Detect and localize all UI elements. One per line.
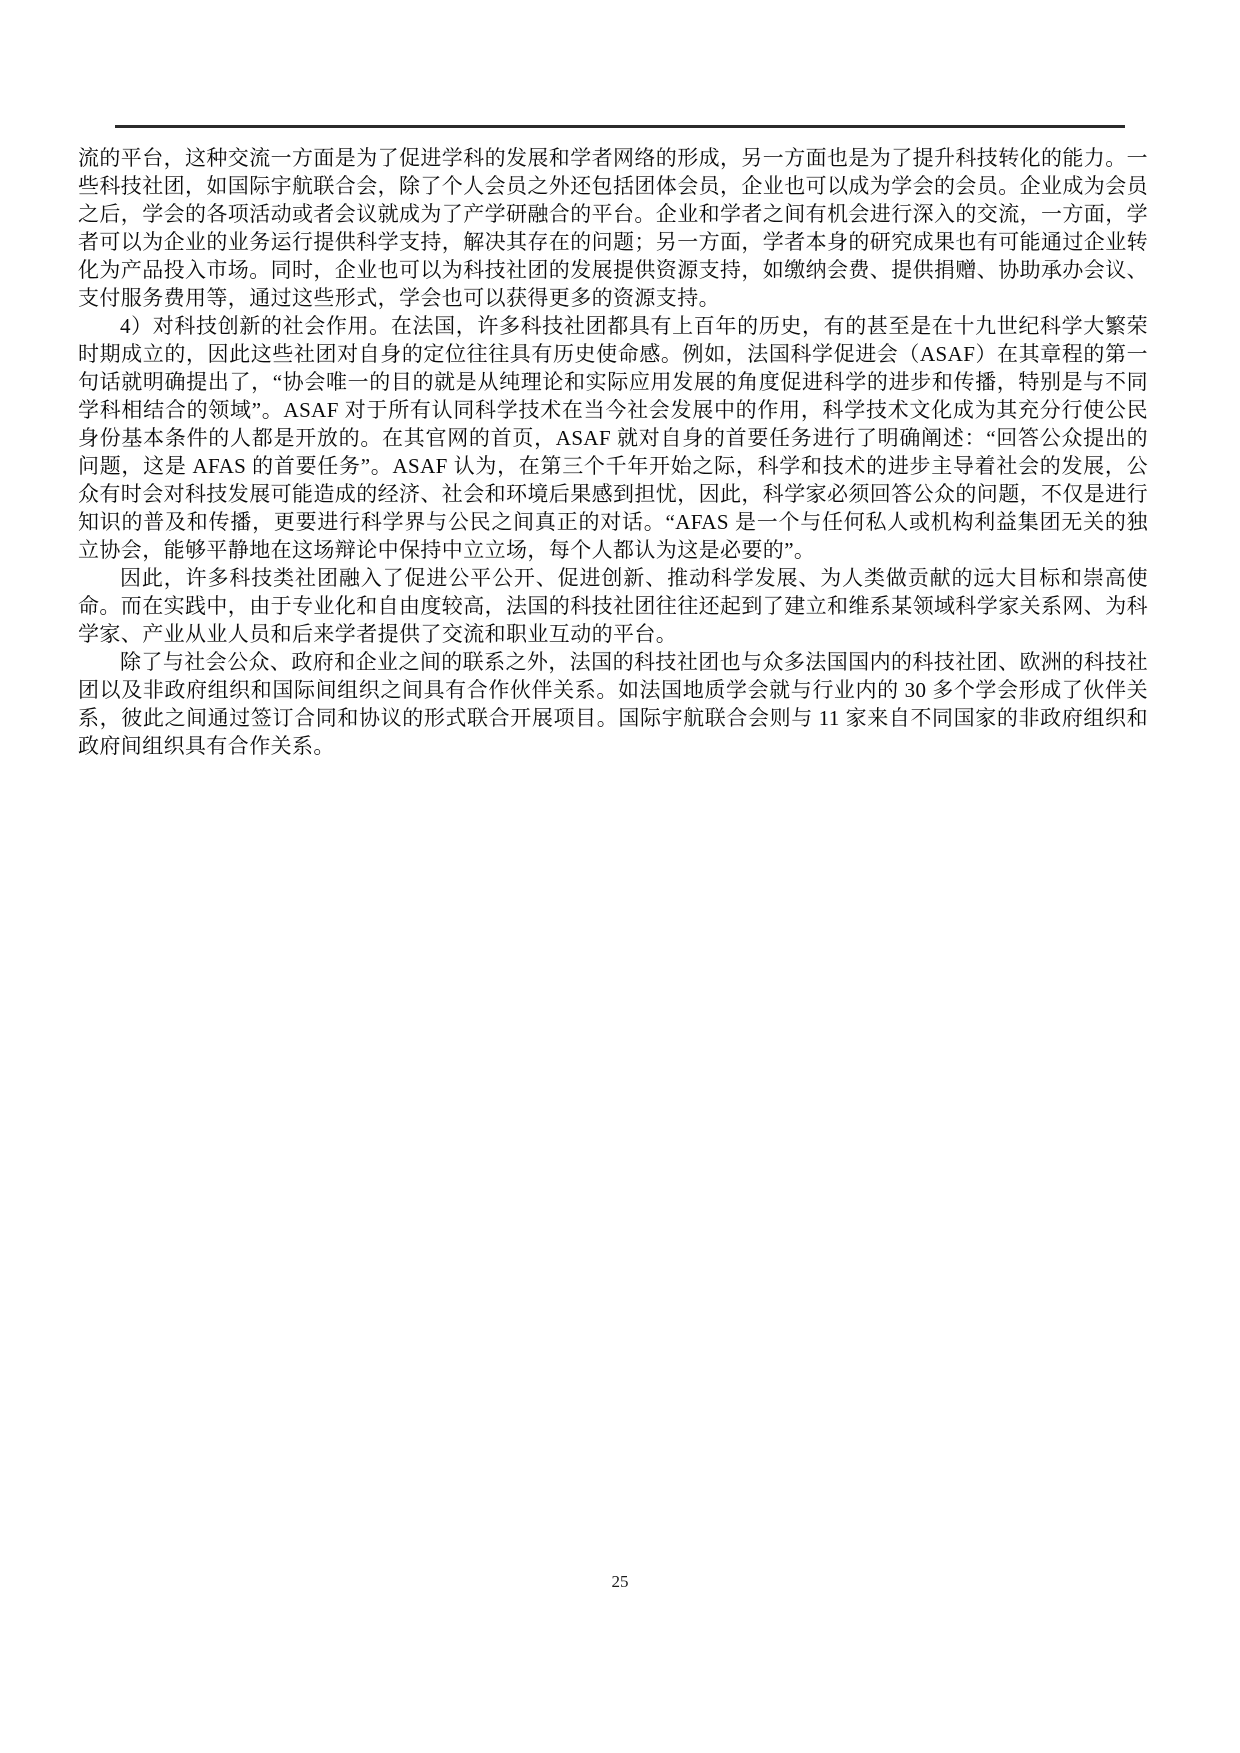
paragraph: 因此，许多科技类社团融入了促进公平公开、促进创新、推动科学发展、为人类做贡献的远… (78, 564, 1148, 648)
paragraphs: 流的平台，这种交流一方面是为了促进学科的发展和学者网络的形成，另一方面也是为了提… (78, 144, 1148, 760)
document-body: 流的平台，这种交流一方面是为了促进学科的发展和学者网络的形成，另一方面也是为了提… (78, 144, 1148, 760)
page-footer: 25 (0, 1572, 1240, 1592)
header-rule (115, 125, 1125, 128)
paragraph: 除了与社会公众、政府和企业之间的联系之外，法国的科技社团也与众多法国国内的科技社… (78, 648, 1148, 760)
document-page: 流的平台，这种交流一方面是为了促进学科的发展和学者网络的形成，另一方面也是为了提… (0, 0, 1240, 1753)
page-number: 25 (612, 1572, 629, 1591)
paragraph: 4）对科技创新的社会作用。在法国，许多科技社团都具有上百年的历史，有的甚至是在十… (78, 312, 1148, 564)
paragraph: 流的平台，这种交流一方面是为了促进学科的发展和学者网络的形成，另一方面也是为了提… (78, 144, 1148, 312)
